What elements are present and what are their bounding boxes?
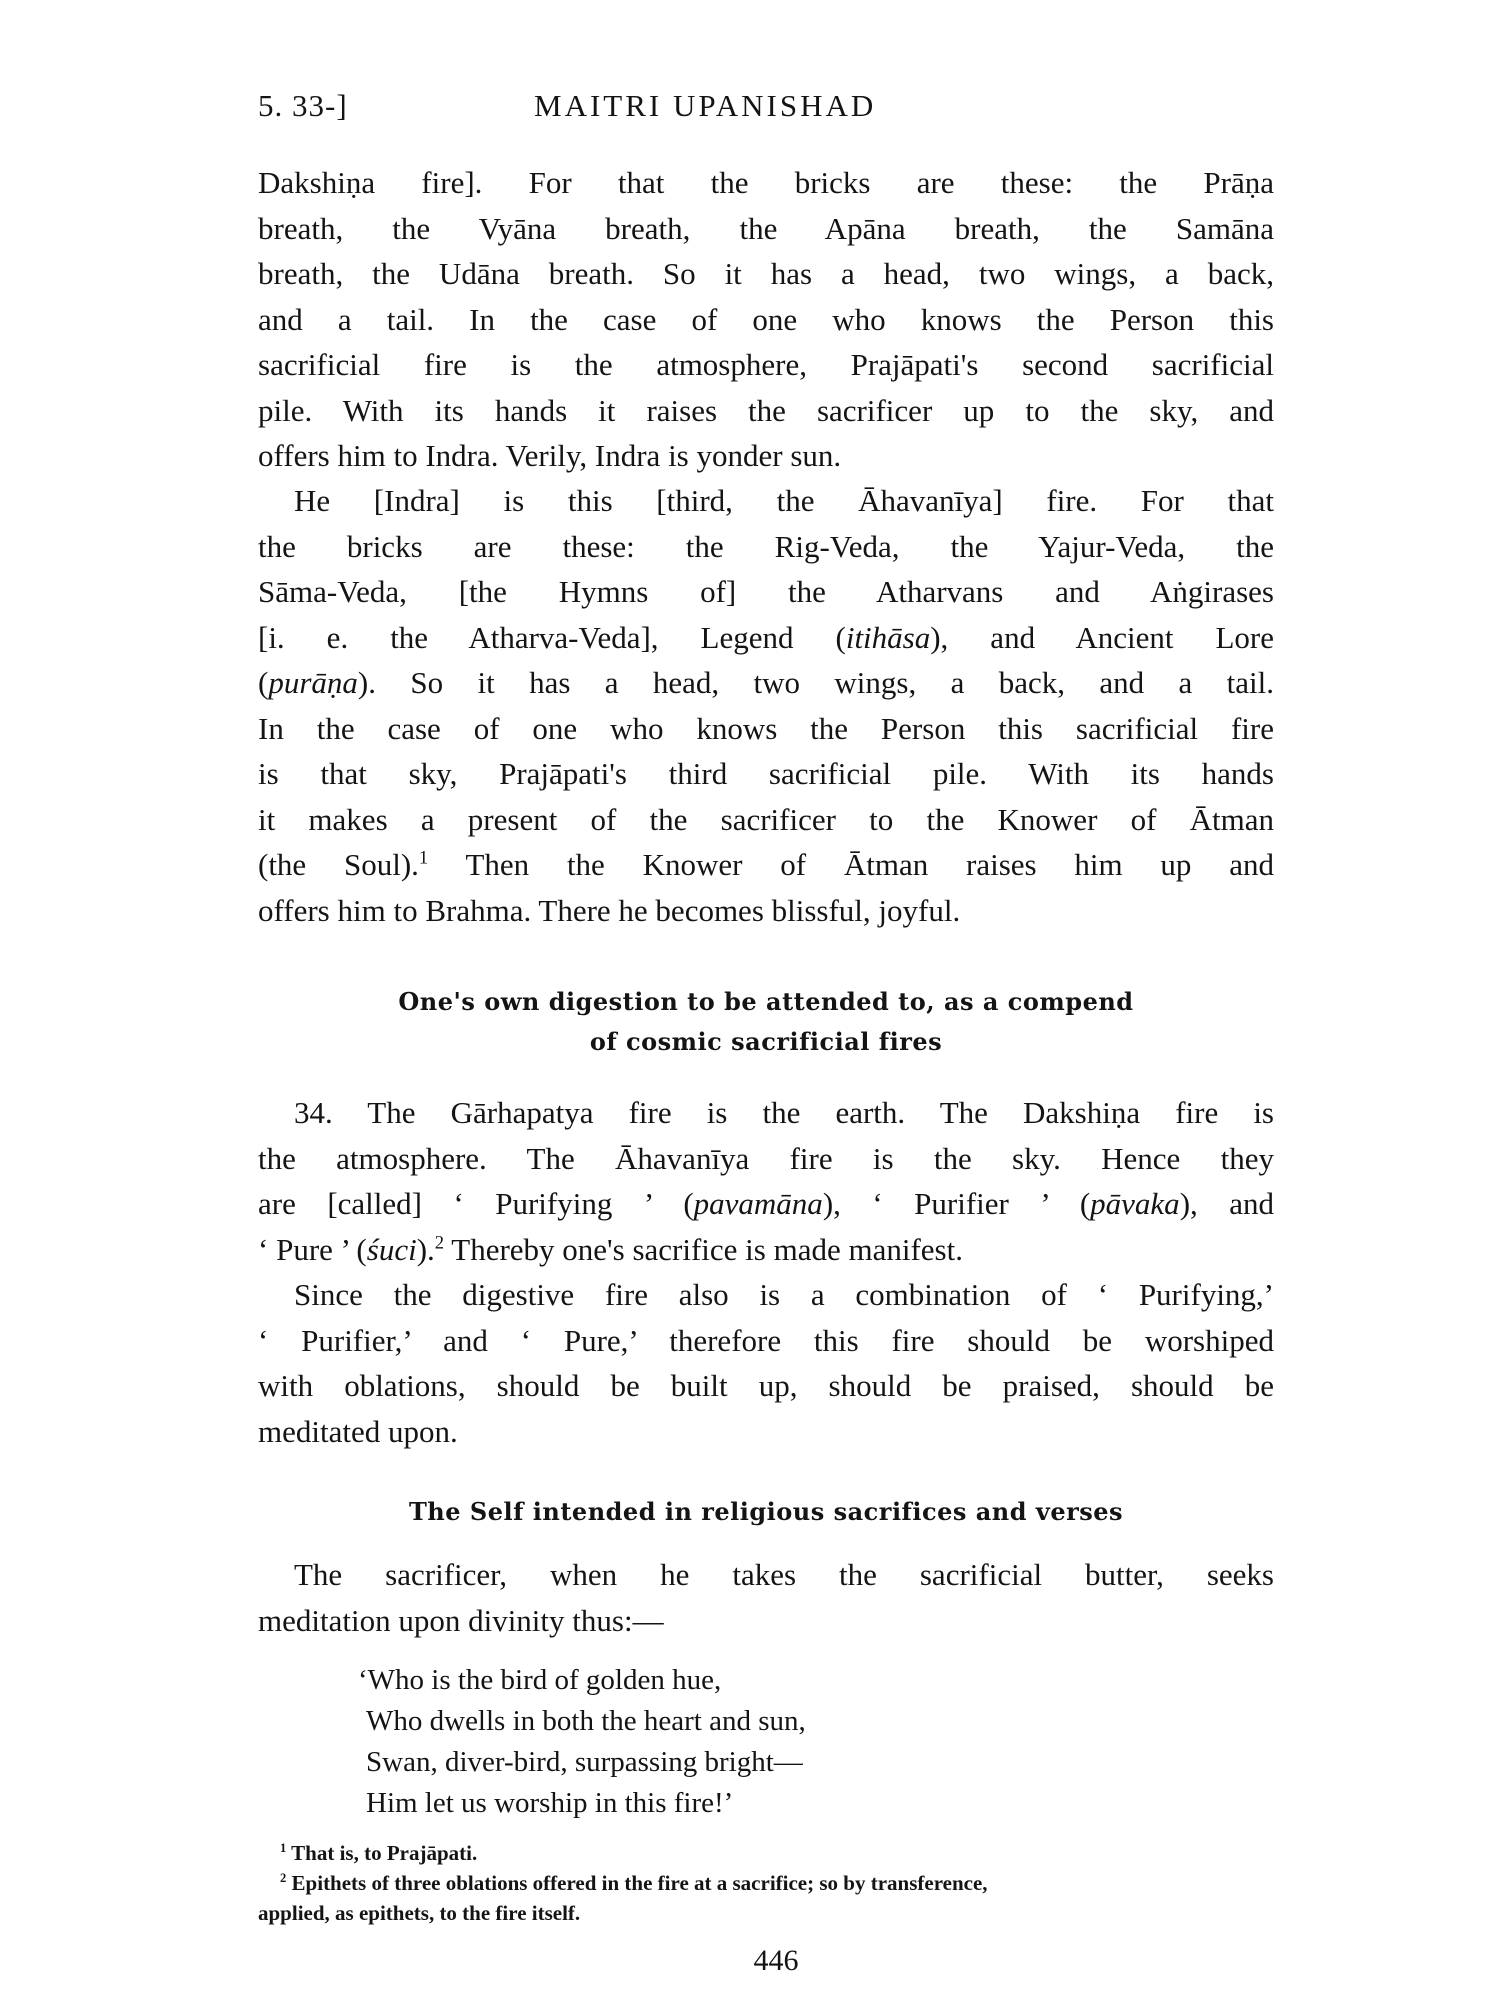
text-fragment: are [called] ‘ Purifying ’ ( [258, 1186, 694, 1221]
text-line: breath, the Vyāna breath, the Apāna brea… [258, 206, 1274, 252]
text-line: meditated upon. [258, 1409, 1274, 1455]
footnotes: 1 That is, to Prajāpati. 2 Epithets of t… [258, 1838, 1274, 1928]
text-fragment: Then the Knower of Ātman raises him up a… [428, 847, 1274, 882]
text-line: meditation upon divinity thus:— [258, 1598, 1274, 1644]
text-line: with oblations, should be built up, shou… [258, 1363, 1274, 1409]
text-line: is that sky, Prajāpati's third sacrifici… [258, 751, 1274, 797]
text-line: and a tail. In the case of one who knows… [258, 297, 1274, 343]
section-heading-self: The Self intended in religious sacrifice… [258, 1492, 1274, 1532]
paragraph-34: 34. The Gārhapatya fire is the earth. Th… [258, 1090, 1274, 1272]
footnote-ref-2[interactable]: 2 [435, 1232, 444, 1253]
text-fragment: (the Soul). [258, 847, 419, 882]
page-number: 446 [736, 1944, 816, 1978]
text-line: 34. The Gārhapatya fire is the earth. Th… [258, 1090, 1274, 1136]
text-fragment: Thereby one's sacrifice is made manifest… [444, 1232, 963, 1267]
verse-line: Who dwells in both the heart and sun, [366, 1701, 1066, 1742]
text-line: are [called] ‘ Purifying ’ (pavamāna), ‘… [258, 1181, 1274, 1227]
verse-line: Him let us worship in this fire!’ [366, 1783, 1066, 1824]
footnote-1: 1 That is, to Prajāpati. [258, 1838, 1274, 1868]
italic-term: pāvaka [1090, 1186, 1180, 1221]
text-line: He [Indra] is this [third, the Āhavanīya… [258, 478, 1274, 524]
footnote-marker: 2 [280, 1871, 286, 1885]
text-fragment: ). So it has a head, two wings, a back, … [358, 665, 1274, 700]
text-line: the bricks are these: the Rig-Veda, the … [258, 524, 1274, 570]
text-line: it makes a present of the sacrificer to … [258, 797, 1274, 843]
text-line: sacrificial fire is the atmosphere, Praj… [258, 342, 1274, 388]
text-line: In the case of one who knows the Person … [258, 706, 1274, 752]
text-line: offers him to Brahma. There he becomes b… [258, 888, 1274, 934]
footnote-marker: 1 [280, 1841, 286, 1855]
text-line: [i. e. the Atharva-Veda], Legend (itihās… [258, 615, 1274, 661]
text-line: the atmosphere. The Āhavanīya fire is th… [258, 1136, 1274, 1182]
text-line: ‘ Pure ’ (śuci).2 Thereby one's sacrific… [258, 1227, 1274, 1273]
text-fragment: ), and [1180, 1186, 1274, 1221]
paragraph-sacrificer: The sacrificer, when he takes the sacrif… [258, 1552, 1274, 1643]
verse-line: ‘Who is the bird of golden hue, [358, 1660, 1066, 1701]
text-line: (the Soul).1 Then the Knower of Ātman ra… [258, 842, 1274, 888]
text-line: breath, the Udāna breath. So it has a he… [258, 251, 1274, 297]
text-fragment: ). [417, 1232, 435, 1267]
heading-line: The Self intended in religious sacrifice… [258, 1492, 1274, 1532]
text-fragment: ( [258, 665, 268, 700]
verse-line: Swan, diver-bird, surpassing bright— [366, 1742, 1066, 1783]
heading-line: of cosmic sacrificial fires [258, 1022, 1274, 1062]
section-heading-digestion: One's own digestion to be attended to, a… [258, 982, 1274, 1062]
text-line: offers him to Indra. Verily, Indra is yo… [258, 433, 1274, 479]
paragraph-continuation: Dakshiṇa fire]. For that the bricks are … [258, 160, 1274, 479]
text-line: pile. With its hands it raises the sacri… [258, 388, 1274, 434]
section-reference: 5. 33-] [258, 88, 348, 124]
text-fragment: ), and Ancient Lore [930, 620, 1274, 655]
text-line: The sacrificer, when he takes the sacrif… [258, 1552, 1274, 1598]
paragraph-indra: He [Indra] is this [third, the Āhavanīya… [258, 478, 1274, 933]
italic-term: śuci [367, 1232, 417, 1267]
footnote-text: That is, to Prajāpati. [291, 1841, 477, 1865]
text-line: Sāma-Veda, [the Hymns of] the Atharvans … [258, 569, 1274, 615]
text-fragment: ‘ Pure ’ ( [258, 1232, 367, 1267]
text-fragment: [i. e. the Atharva-Veda], Legend ( [258, 620, 846, 655]
text-line: Dakshiṇa fire]. For that the bricks are … [258, 160, 1274, 206]
italic-term: itihāsa [846, 620, 930, 655]
footnote-text: Epithets of three oblations offered in t… [292, 1871, 988, 1895]
footnote-2: 2 Epithets of three oblations offered in… [258, 1868, 1274, 1898]
paragraph-digestive-fire: Since the digestive fire also is a combi… [258, 1272, 1274, 1454]
verse-block: ‘Who is the bird of golden hue, Who dwel… [366, 1660, 1066, 1824]
text-line: ‘ Purifier,’ and ‘ Pure,’ therefore this… [258, 1318, 1274, 1364]
footnote-ref-1[interactable]: 1 [419, 848, 428, 869]
footnote-2-continuation: applied, as epithets, to the fire itself… [258, 1898, 1274, 1928]
heading-line: One's own digestion to be attended to, a… [258, 982, 1274, 1022]
running-head: 5. 33-] MAITRI UPANISHAD [258, 88, 1274, 128]
text-fragment: ), ‘ Purifier ’ ( [823, 1186, 1090, 1221]
text-line: (purāṇa). So it has a head, two wings, a… [258, 660, 1274, 706]
book-title: MAITRI UPANISHAD [534, 88, 876, 124]
text-line: Since the digestive fire also is a combi… [258, 1272, 1274, 1318]
italic-term: purāṇa [268, 665, 358, 700]
italic-term: pavamāna [694, 1186, 823, 1221]
